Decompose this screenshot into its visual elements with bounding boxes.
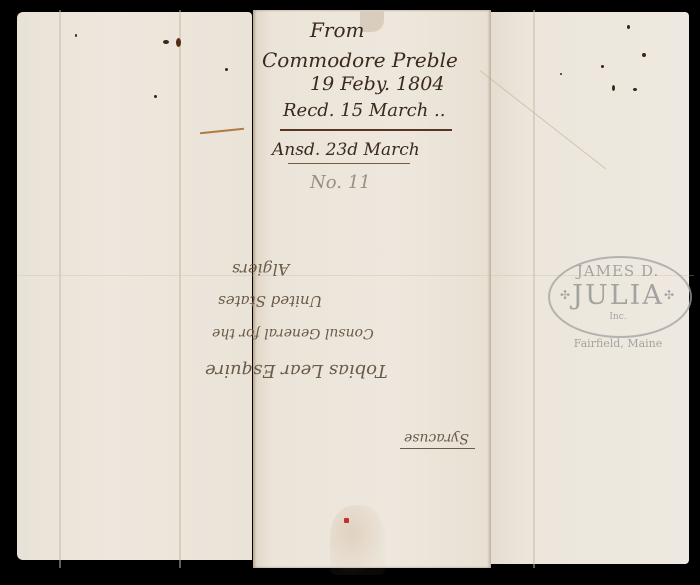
ink-spot: [560, 73, 562, 75]
address-origin: Syracuse: [404, 430, 469, 446]
docket-from: From: [310, 18, 364, 42]
ink-spot: [225, 68, 228, 71]
watermark-ornament-left-icon: ✣: [560, 288, 570, 302]
left-panel: [17, 12, 252, 560]
docket-sender: Commodore Preble: [262, 48, 458, 72]
ink-spot: [627, 25, 630, 29]
ink-spot: [154, 95, 157, 98]
ink-spot: [176, 38, 181, 47]
watermark-line3: Inc.: [548, 312, 688, 322]
signature-underline: [400, 448, 475, 449]
address-country: United States: [218, 292, 322, 310]
docket-answered: Ansd. 23d March: [272, 140, 420, 160]
docket-received: Recd. 15 March ..: [283, 100, 445, 121]
watermark-line4: Fairfield, Maine: [548, 337, 688, 350]
ink-spot: [163, 40, 169, 44]
red-wax-mark: [344, 518, 349, 523]
address-name: Tobias Lear Esquire: [205, 360, 388, 381]
ink-spot: [75, 34, 77, 37]
fold-crease: [179, 10, 181, 568]
docket-number: No. 11: [310, 172, 371, 193]
ink-spot: [601, 65, 604, 68]
docket-rule: [280, 129, 452, 131]
ink-spot: [642, 53, 646, 57]
docket-date: 19 Feby. 1804: [310, 73, 444, 95]
address-place: Algiers: [232, 260, 289, 279]
fold-crease: [59, 10, 61, 568]
address-title: Consul General for the: [212, 325, 374, 341]
ink-spot: [612, 85, 615, 91]
ink-spot: [633, 88, 637, 91]
docket-underline: [288, 163, 410, 164]
watermark-ornament-right-icon: ✣: [664, 288, 674, 302]
fold-crease: [533, 10, 535, 568]
watermark-line1: JAMES D.: [548, 262, 688, 280]
wax-seal-remnant: [330, 505, 385, 575]
